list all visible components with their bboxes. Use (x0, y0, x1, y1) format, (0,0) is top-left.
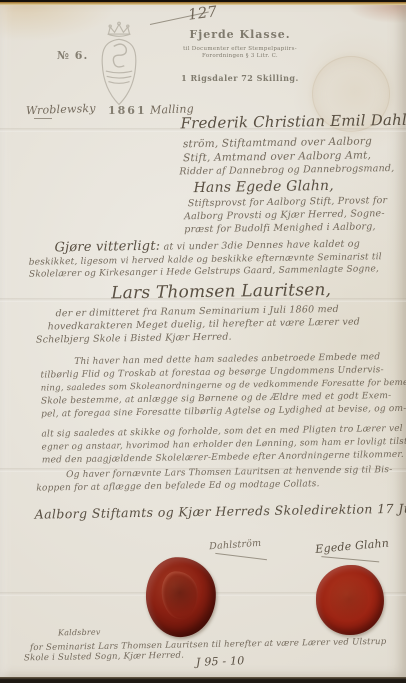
handwriting-line: hovedkarakteren Meget duelig, til hereft… (48, 318, 360, 332)
heading-dahlstrom: Frederik Christian Emil Dahl- (180, 113, 406, 132)
pen-flourish (321, 556, 379, 562)
journal-number: J 95 - 10 (196, 655, 245, 668)
handwriting-line: præst for Budolfi Menighed i Aalborg, (184, 222, 376, 235)
docket-title: Kaldsbrev (58, 629, 101, 638)
handwriting-line: Ridder af Dannebrog og Dannebrogsmand, (179, 164, 394, 177)
dateline: Aalborg Stiftamts og Kjær Herreds Skoled… (35, 502, 406, 521)
handwriting-line: ström, Stiftamtmand over Aalborg (183, 136, 372, 149)
vitterligt-line: Gjøre vitterligt: at vi under 3die Denne… (54, 237, 360, 255)
photo-edge-bottom (0, 677, 406, 683)
signature-dahlstrom: Dahlström (209, 539, 262, 552)
handwriting-line: koppen for at aflægge den befalede Ed og… (36, 480, 319, 493)
handwriting-line: Stift, Amtmand over Aalborg Amt, (183, 150, 371, 163)
wax-seal-right (316, 565, 384, 635)
handwriting-line: med den paagjældende Skolelærer-Embede e… (42, 451, 404, 466)
heading-glahn: Hans Egede Glahn, (193, 179, 333, 195)
document-photo: 127 № 6. Fjerde Klasse. til Documenter e… (0, 0, 406, 683)
pen-flourish (215, 553, 267, 560)
vitterligt-rest: at vi under 3die Dennes have kaldet og (163, 239, 360, 253)
vitterligt-lead: Gjøre vitterligt: (54, 239, 160, 256)
signature-glahn: Egede Glahn (315, 538, 390, 555)
handwriting-line: Skolelærer og Kirkesanger i Hede Gelstru… (29, 265, 379, 279)
handwriting-line: Stiftsprovst for Aalborg Stift, Provst f… (188, 196, 388, 209)
handwriting-line: Og haver fornævnte Lars Thomsen Lauritse… (66, 466, 392, 480)
handwriting-line: Schelbjerg Skole i Bisted Kjær Herred. (36, 333, 232, 346)
photo-edge-top (0, 0, 406, 5)
handwriting-line: pel, at foregaa sine Foresatte tilbørlig… (41, 405, 406, 420)
heading-lauritsen: Lars Thomsen Lauritsen, (111, 282, 331, 302)
handwriting-line: Aalborg Provsti og Kjær Herred, Sogne- (184, 209, 385, 222)
